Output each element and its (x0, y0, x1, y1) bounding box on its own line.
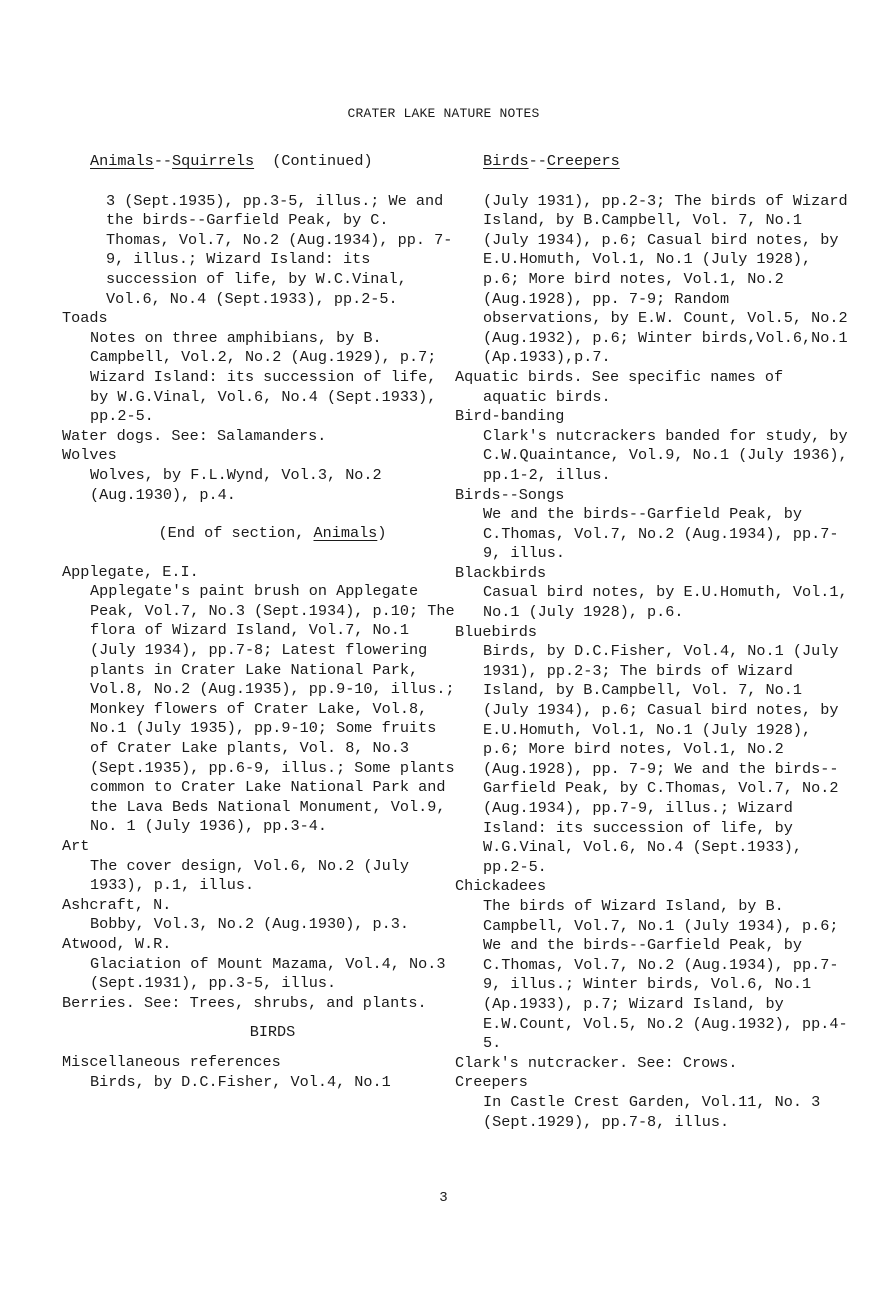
index-entry: ChickadeesThe birds of Wizard Island, by… (455, 877, 855, 1053)
page-number: 3 (0, 1190, 887, 1206)
entry-heading: Applegate, E.I. (62, 563, 455, 583)
entry-body: We and the birds--Garfield Peak, by C.Th… (455, 505, 855, 564)
index-entry: Applegate, E.I.Applegate's paint brush o… (90, 563, 455, 837)
entry-heading: Creepers (455, 1073, 855, 1093)
entry-heading: Berries. See: Trees, shrubs, and plants. (62, 994, 455, 1014)
heading-continued: (Continued) (254, 152, 372, 170)
entry-body: (July 1931), pp.2-3; The birds of Wizard… (483, 192, 855, 368)
entry-body: Birds, by D.C.Fisher, Vol.4, No.1 (July … (455, 642, 855, 877)
entry-heading: Ashcraft, N. (62, 896, 455, 916)
entry-heading: Bird-banding (455, 407, 855, 427)
entry-body: Bobby, Vol.3, No.2 (Aug.1930), p.3. (90, 915, 455, 935)
heading-category: Animals (90, 152, 154, 170)
entry-body: Glaciation of Mount Mazama, Vol.4, No.3 … (90, 955, 455, 994)
entry-heading: Bluebirds (455, 623, 855, 643)
entry-heading: Birds--Songs (455, 486, 855, 506)
entry-heading: Aquatic birds. See specific names of aqu… (455, 368, 855, 407)
index-entry: Atwood, W.R.Glaciation of Mount Mazama, … (90, 935, 455, 994)
running-header: CRATER LAKE NATURE NOTES (0, 106, 887, 121)
index-entry: Berries. See: Trees, shrubs, and plants. (90, 994, 455, 1014)
left-column-heading: Animals--Squirrels (Continued) (90, 152, 455, 172)
index-entry: Ashcraft, N.Bobby, Vol.3, No.2 (Aug.1930… (90, 896, 455, 935)
continued-entry: (July 1931), pp.2-3; The birds of Wizard… (455, 192, 855, 368)
entry-heading: Clark's nutcracker. See: Crows. (455, 1054, 855, 1074)
heading-subcategory: Creepers (547, 152, 620, 170)
continued-entry: 3 (Sept.1935), pp.3-5, illus.; We and th… (90, 192, 455, 310)
index-entry: WolvesWolves, by F.L.Wynd, Vol.3, No.2 (… (90, 446, 455, 505)
entry-heading: Water dogs. See: Salamanders. (62, 427, 455, 447)
section-end-note: (End of section, Animals) (90, 524, 455, 544)
entry-body: The birds of Wizard Island, by B. Campbe… (455, 897, 855, 1054)
section-end-name: Animals (314, 524, 378, 542)
heading-separator: -- (529, 152, 547, 170)
entry-body: The cover design, Vol.6, No.2 (July 1933… (90, 857, 455, 896)
entry-body: Notes on three amphibians, by B. Campbel… (90, 329, 455, 427)
index-entry: BlackbirdsCasual bird notes, by E.U.Homu… (455, 564, 855, 623)
index-entry: Birds--SongsWe and the birds--Garfield P… (455, 486, 855, 564)
entry-body: 3 (Sept.1935), pp.3-5, illus.; We and th… (90, 192, 455, 310)
entry-body: Casual bird notes, by E.U.Homuth, Vol.1,… (455, 583, 855, 622)
entry-heading: Art (62, 837, 455, 857)
entry-body: Applegate's paint brush on Applegate Pea… (90, 582, 455, 837)
index-entry: Miscellaneous referencesBirds, by D.C.Fi… (90, 1053, 455, 1092)
entry-heading: Blackbirds (455, 564, 855, 584)
entry-body: Clark's nutcrackers banded for study, by… (455, 427, 855, 486)
entry-heading: Toads (62, 309, 455, 329)
index-entry: ToadsNotes on three amphibians, by B. Ca… (90, 309, 455, 427)
section-heading-birds: BIRDS (90, 1023, 455, 1043)
entry-heading: Wolves (62, 446, 455, 466)
heading-category: Birds (483, 152, 529, 170)
entry-body: Wolves, by F.L.Wynd, Vol.3, No.2 (Aug.19… (90, 466, 455, 505)
right-column: Birds--Creepers (July 1931), pp.2-3; The… (455, 152, 855, 1132)
index-entry: Bird-bandingClark's nutcrackers banded f… (455, 407, 855, 485)
heading-separator: -- (154, 152, 172, 170)
section-end-prefix: (End of section, (159, 524, 314, 542)
index-entry: Aquatic birds. See specific names of aqu… (455, 368, 855, 407)
entry-heading: Atwood, W.R. (62, 935, 455, 955)
index-entry: Clark's nutcracker. See: Crows. (455, 1054, 855, 1074)
entry-heading: Chickadees (455, 877, 855, 897)
entry-heading: Miscellaneous references (62, 1053, 455, 1073)
index-entry: CreepersIn Castle Crest Garden, Vol.11, … (455, 1073, 855, 1132)
heading-subcategory: Squirrels (172, 152, 254, 170)
entry-body: In Castle Crest Garden, Vol.11, No. 3 (S… (455, 1093, 855, 1132)
left-column: Animals--Squirrels (Continued) 3 (Sept.1… (90, 152, 455, 1092)
entry-body: Birds, by D.C.Fisher, Vol.4, No.1 (90, 1073, 455, 1093)
section-end-suffix: ) (377, 524, 386, 542)
index-entry: Water dogs. See: Salamanders. (90, 427, 455, 447)
index-entry: BluebirdsBirds, by D.C.Fisher, Vol.4, No… (455, 623, 855, 878)
right-column-heading: Birds--Creepers (455, 152, 855, 172)
index-entry: ArtThe cover design, Vol.6, No.2 (July 1… (90, 837, 455, 896)
